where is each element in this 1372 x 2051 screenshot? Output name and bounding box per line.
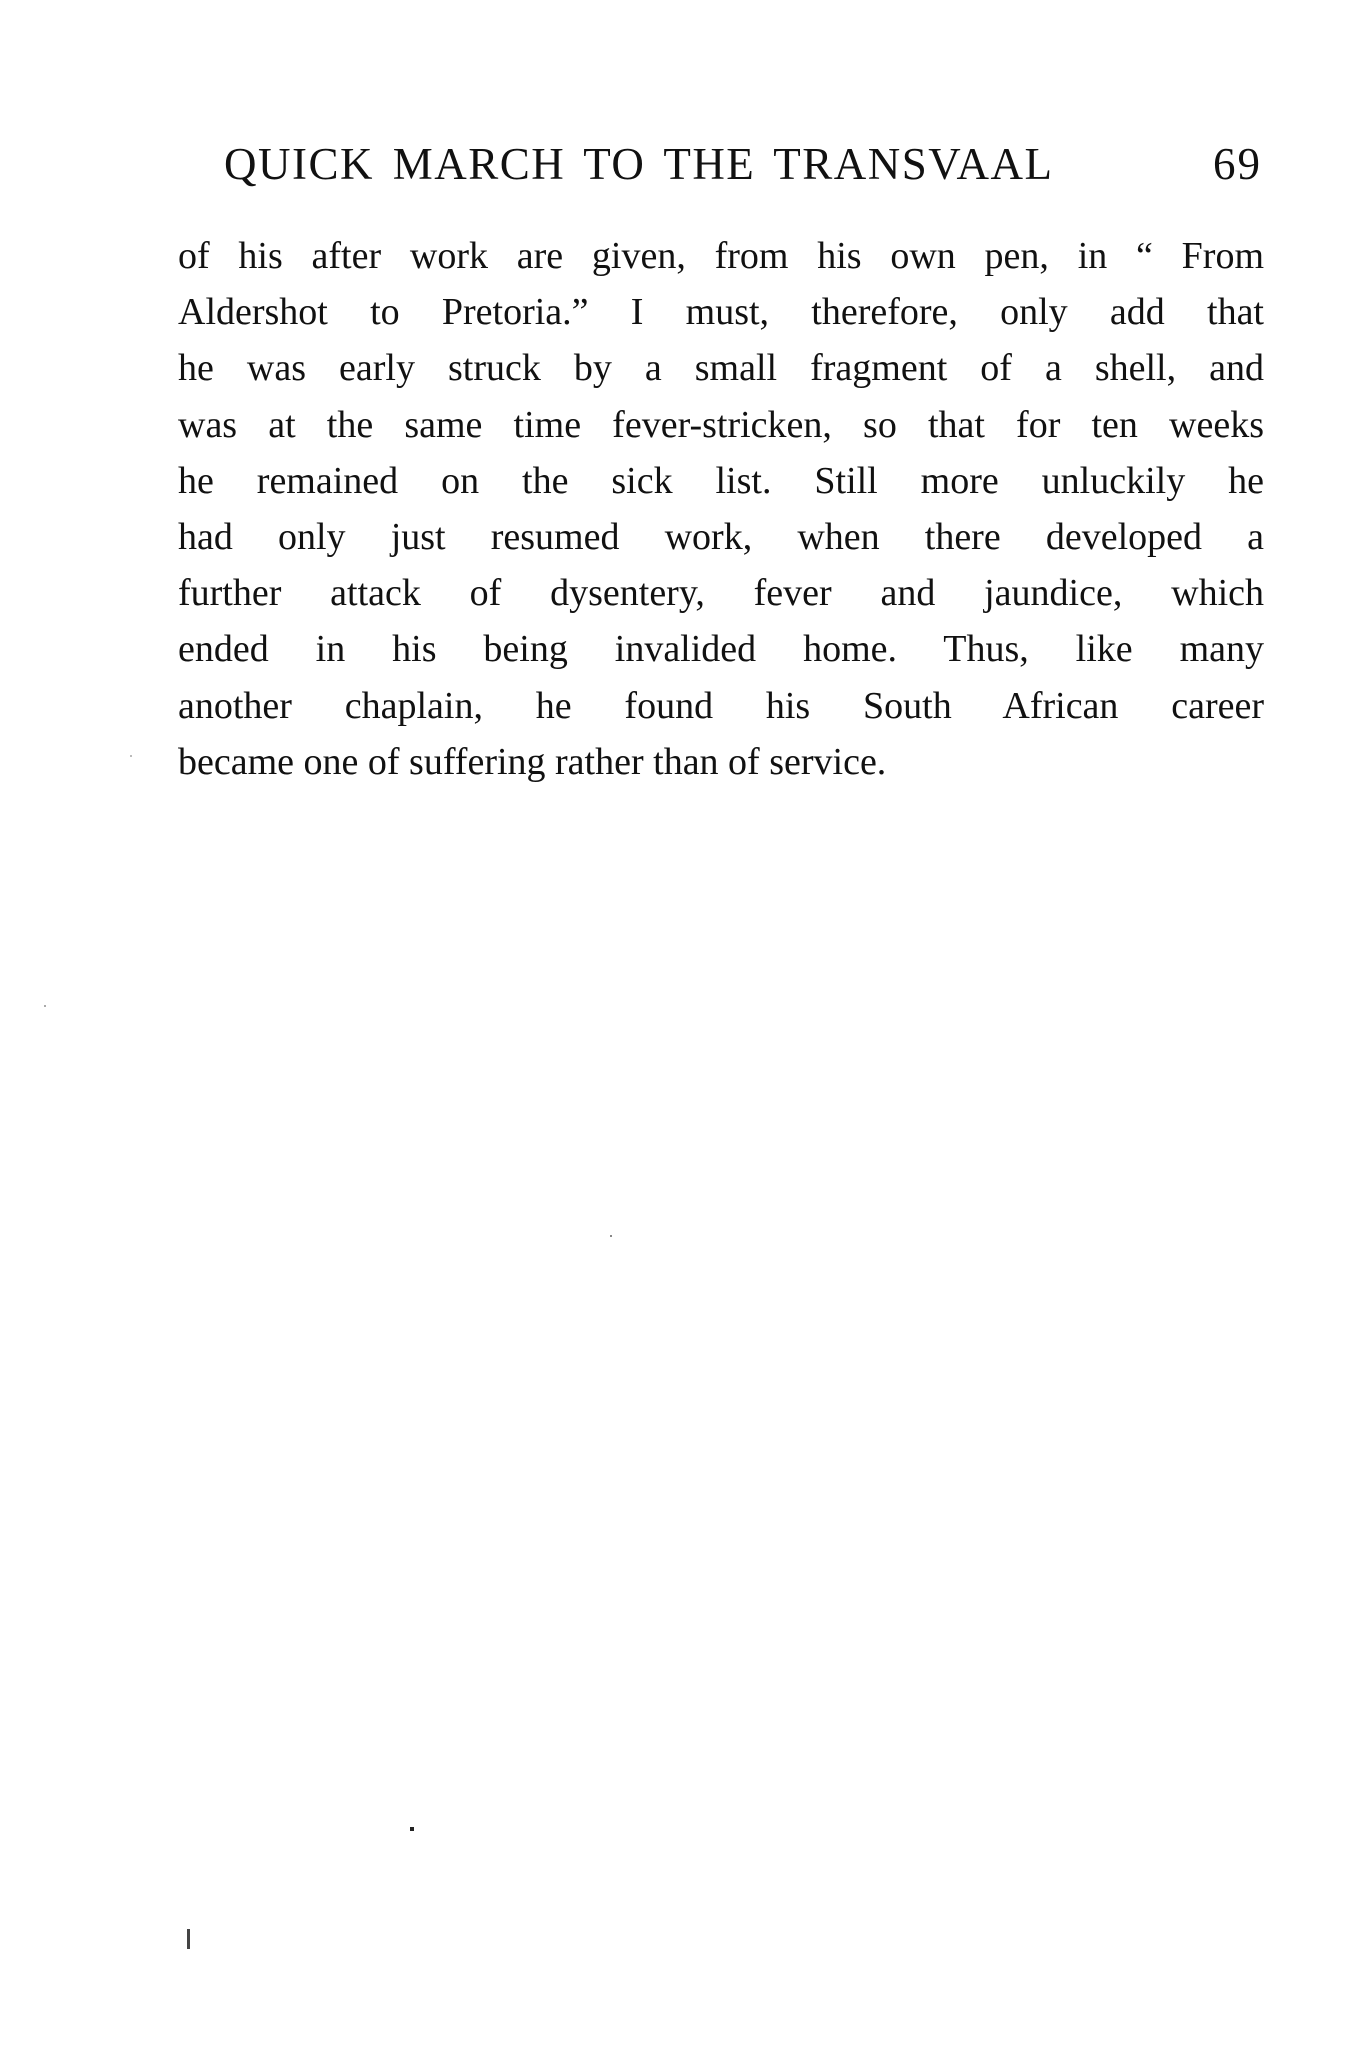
text-line: he remained on the sick list. Still more… xyxy=(178,453,1264,509)
text-line: he was early struck by a small fragment … xyxy=(178,340,1264,396)
text-line: of his after work are given, from his ow… xyxy=(178,228,1264,284)
text-line: became one of suffering rather than of s… xyxy=(178,734,1264,790)
running-head: QUICK MARCH TO THE TRANSVAAL 69 xyxy=(224,136,1264,192)
page-number: 69 xyxy=(1213,136,1262,192)
scan-speck xyxy=(130,755,132,757)
scan-speck xyxy=(44,1005,46,1007)
text-line: Aldershot to Pretoria.” I must, therefor… xyxy=(178,284,1264,340)
text-line: another chaplain, he found his South Afr… xyxy=(178,678,1264,734)
scan-speck xyxy=(410,1827,414,1831)
scan-speck xyxy=(187,1929,190,1949)
text-line: was at the same time fever-stricken, so … xyxy=(178,397,1264,453)
book-page: QUICK MARCH TO THE TRANSVAAL 69 of his a… xyxy=(0,0,1372,2051)
text-line: further attack of dysentery, fever and j… xyxy=(178,565,1264,621)
scan-speck xyxy=(610,1235,612,1237)
text-line: ended in his being invalided home. Thus,… xyxy=(178,621,1264,677)
running-title: QUICK MARCH TO THE TRANSVAAL xyxy=(224,136,1053,192)
body-paragraph: of his after work are given, from his ow… xyxy=(178,228,1264,790)
text-line: had only just resumed work, when there d… xyxy=(178,509,1264,565)
